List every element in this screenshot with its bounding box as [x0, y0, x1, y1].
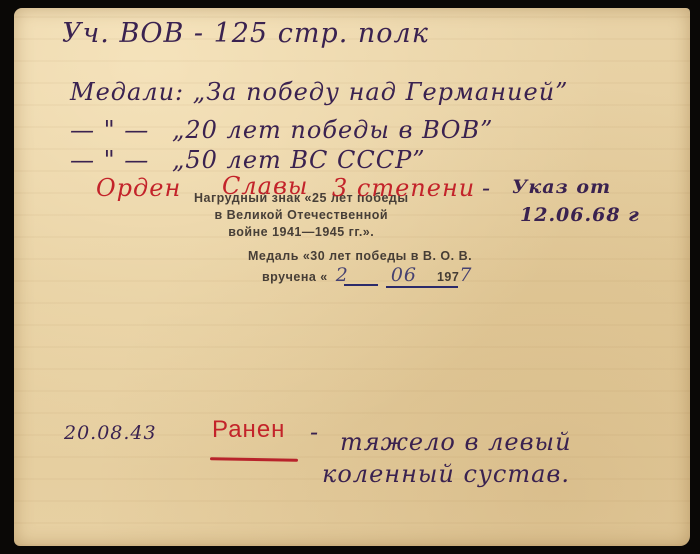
archival-card: Уч. ВОВ - 125 стр. полк Медали: „За побе… [14, 8, 690, 546]
wound-label: Ранен [212, 416, 285, 444]
stamp-medal-line1: Медаль «30 лет победы в В. О. В. [248, 248, 472, 265]
wound-text-line2: коленный сустав. [322, 460, 570, 488]
ditto-mark: — " — [70, 146, 149, 174]
order-label: Орден [96, 174, 181, 202]
handwritten-day: 2 [336, 264, 349, 286]
order-degree: 3 степени [332, 174, 475, 202]
wound-text-line1: тяжело в левый [340, 428, 572, 456]
medal-name: „20 лет победы в ВОВ” [172, 116, 493, 144]
handwritten-month: 06 [391, 264, 417, 286]
medals-line-1: Медали: „За победу над Германией” [70, 78, 568, 106]
medals-label: Медали: [70, 78, 184, 106]
handwritten-year-digit: 7 [459, 264, 472, 286]
wound-dash: - [310, 418, 319, 446]
wound-date: 20.08.43 [64, 422, 157, 444]
medals-line-2: — " — „20 лет победы в ВОВ” [70, 116, 493, 144]
medal-name: „За победу над Германией” [193, 78, 569, 106]
strike-line [386, 286, 458, 288]
stamp-medal-30-years: Медаль «30 лет победы в В. О. В. вручена… [248, 248, 472, 287]
strike-line [344, 284, 378, 286]
ditto-mark: — " — [70, 116, 149, 144]
decree-label: Указ от [512, 176, 611, 198]
unit-line: Уч. ВОВ - 125 стр. полк [62, 18, 429, 49]
order-name: Славы [222, 172, 308, 200]
medals-line-3: — " — „50 лет ВС СССР” [70, 146, 426, 174]
wound-label-underline [210, 457, 298, 462]
decree-date: 12.06.68 г [520, 204, 640, 226]
order-dash: - [482, 174, 491, 202]
medal-name: „50 лет ВС СССР” [172, 146, 426, 174]
